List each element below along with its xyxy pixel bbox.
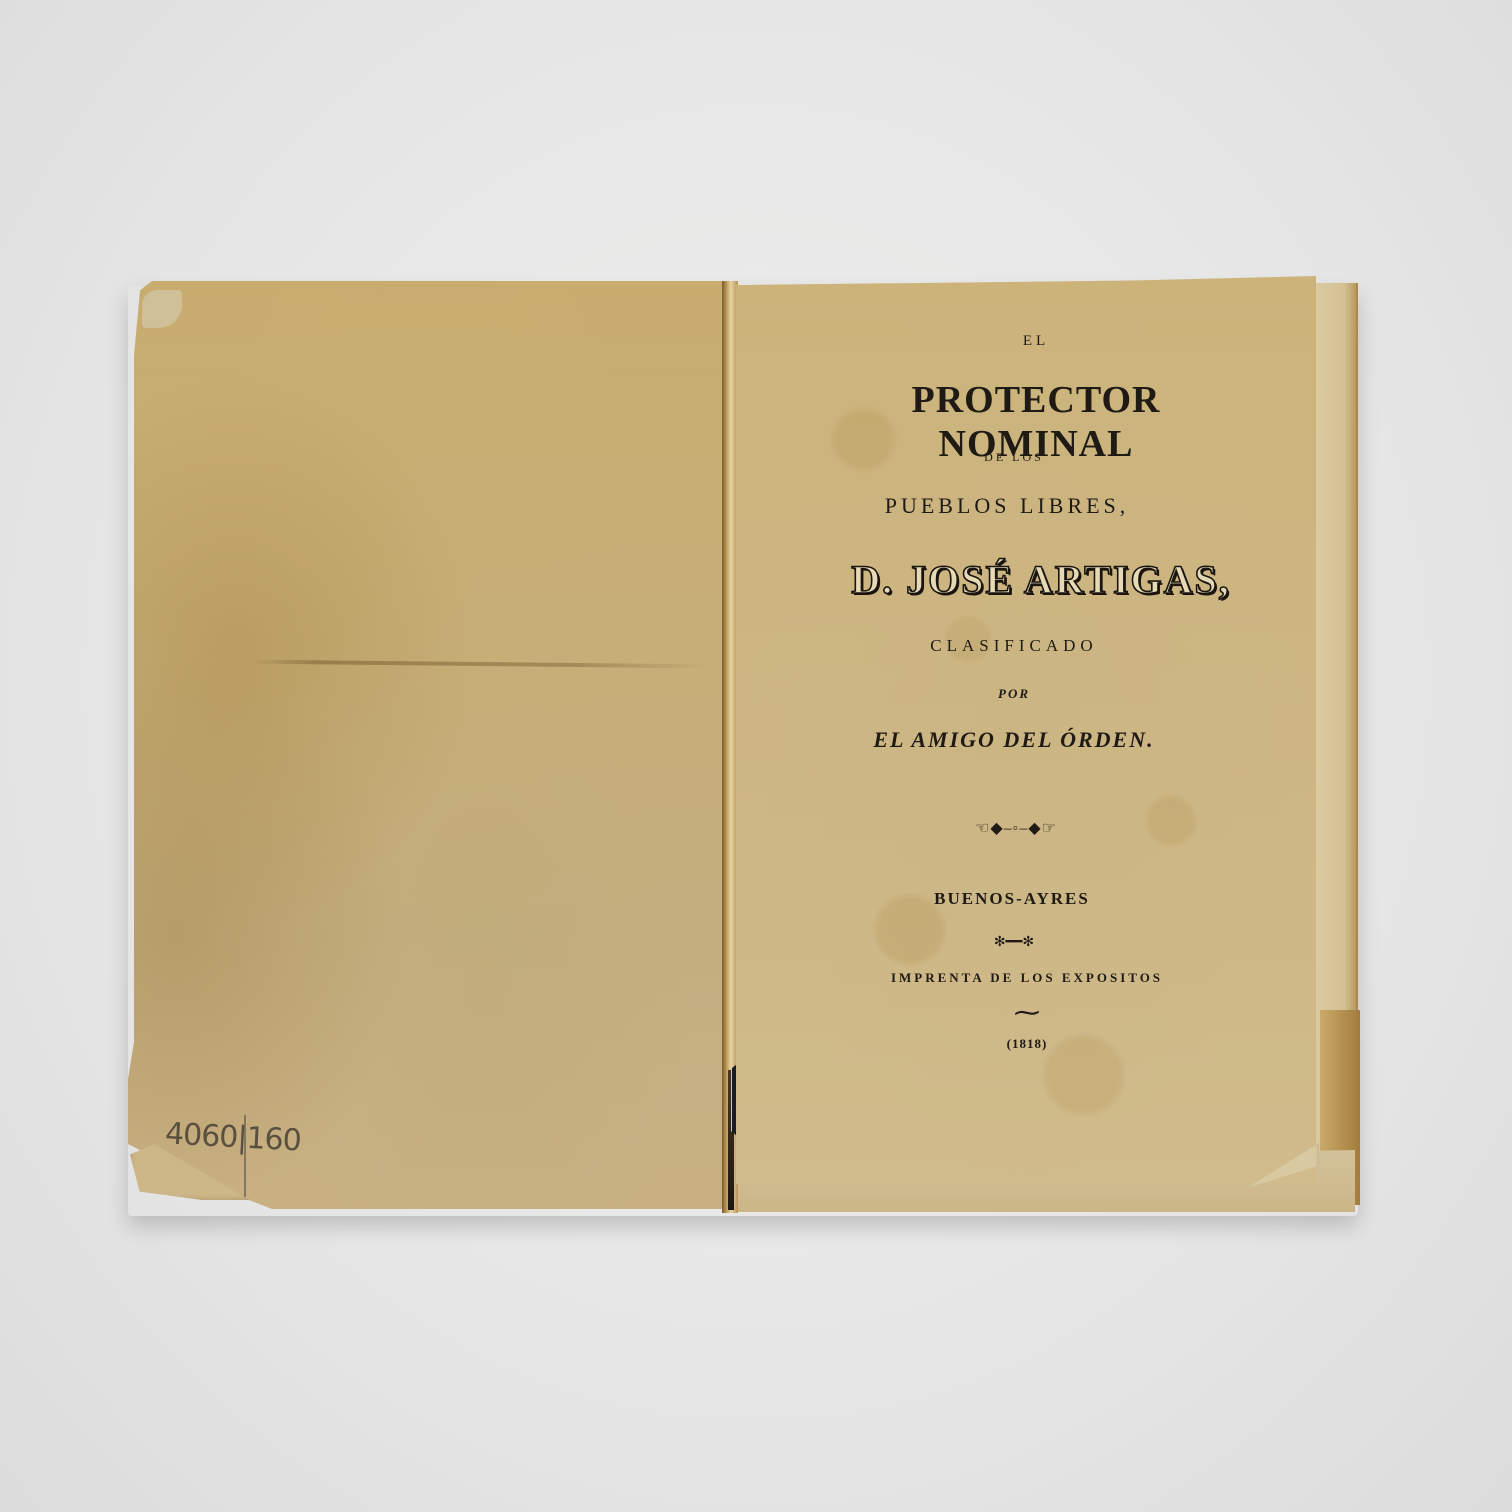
title-pueblos-libres: PUEBLOS LIBRES, <box>736 493 1278 519</box>
asterisk-ornament: ✻━━✻ <box>736 934 1292 951</box>
open-book: 4060|160 EL PROTECTOR NOMINAL DE LOS PUE… <box>0 0 1512 1512</box>
left-page-endpaper <box>128 281 728 1209</box>
title-line-el: EL <box>736 333 1336 350</box>
title-clasificado: CLASIFICADO <box>736 636 1292 656</box>
pointing-hands-ornament: ☜◆–◦–◆☞ <box>736 818 1296 838</box>
swash-ornament: ⁓ <box>736 1000 1318 1026</box>
handwritten-catalog-number: 4060|160 <box>164 1116 301 1158</box>
title-de-los: DE LOS <box>736 450 1292 465</box>
title-por: POR <box>736 686 1292 702</box>
imprint-place: BUENOS-AYRES <box>736 889 1288 909</box>
imprint-year: (1818) <box>736 1036 1318 1052</box>
title-subject-name: D. JOSÉ ARTIGAS, <box>846 556 1236 603</box>
title-author: EL AMIGO DEL ÓRDEN. <box>736 727 1292 753</box>
imprint-printer: IMPRENTA DE LOS EXPOSITOS <box>736 970 1318 986</box>
